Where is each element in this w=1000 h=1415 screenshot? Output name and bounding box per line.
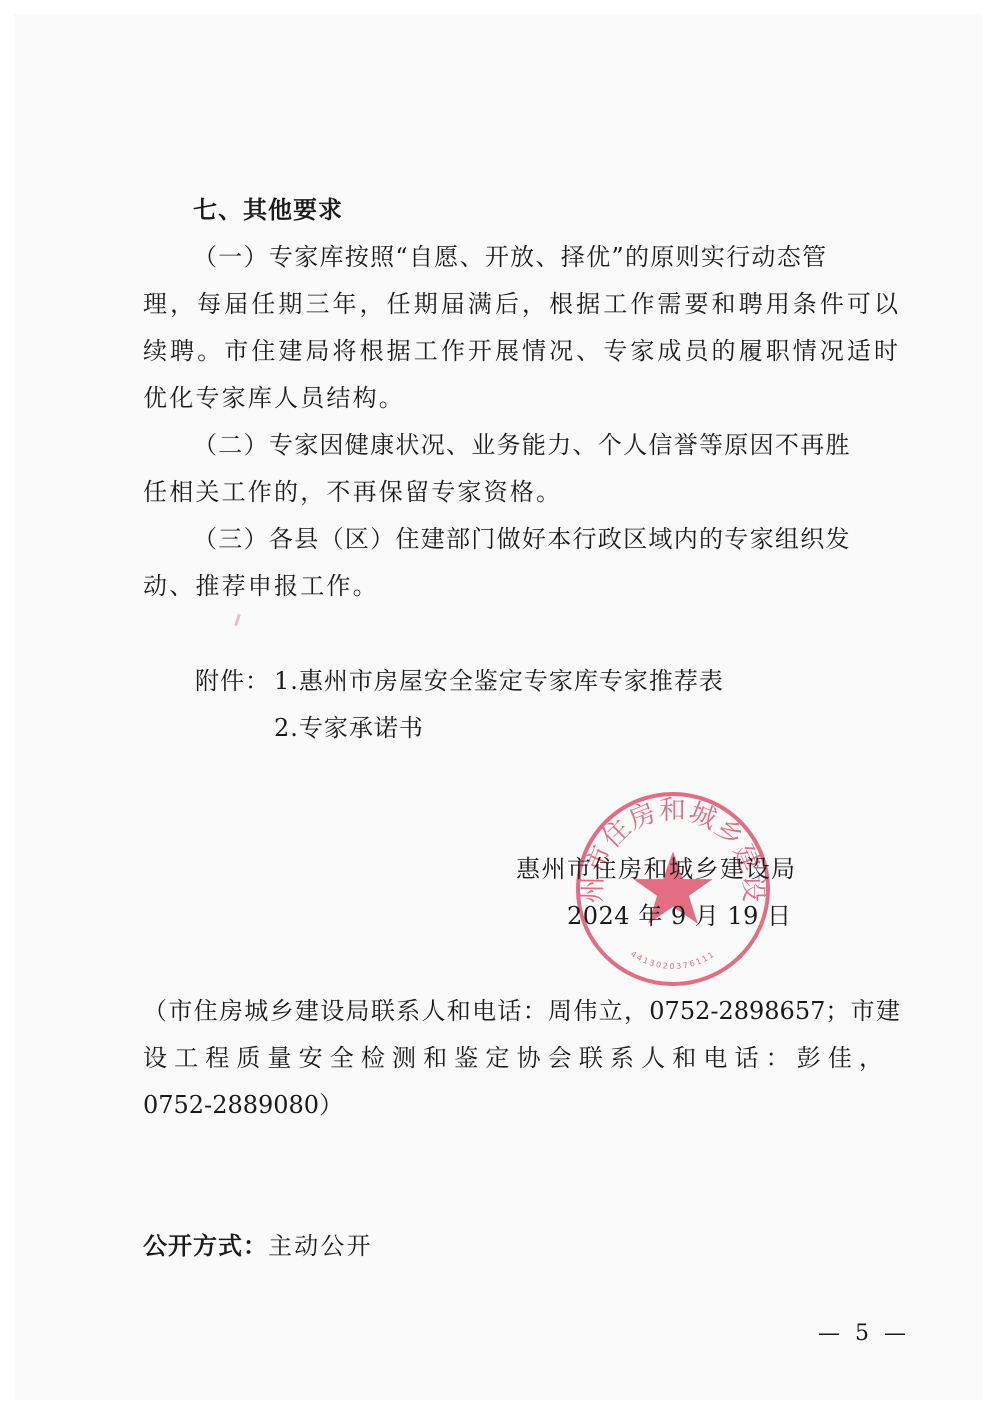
section-heading: 七、其他要求: [193, 195, 343, 225]
item-1-line-3: 续聘。市住建局将根据工作开展情况、专家成员的履职情况适时: [143, 336, 898, 366]
disclosure-value: 主动公开: [268, 1232, 373, 1260]
contact-line-1: （市住房城乡建设局联系人和电话：周伟立，0752-2898657；市建: [143, 996, 900, 1026]
attachment-item-1[interactable]: 1.惠州市房屋安全鉴定专家库专家推荐表: [274, 666, 724, 696]
item-1-line-2: 理，每届任期三年，任期届满后，根据工作需要和聘用条件可以: [143, 289, 898, 319]
attachment-item-2-text: 2.专家承诺书: [274, 714, 424, 742]
item-1-line-4: 优化专家库人员结构。: [143, 383, 405, 413]
page-number: — 5 —: [818, 1320, 910, 1348]
item-3-line-2: 动、推荐申报工作。: [143, 571, 379, 601]
item-1-line-1: （一）专家库按照“自愿、开放、择优”的原则实行动态管: [193, 242, 827, 272]
item-2-line-1: （二）专家因健康状况、业务能力、个人信誉等原因不再胜: [193, 430, 851, 460]
item-2-line-2: 任相关工作的，不再保留专家资格。: [143, 477, 562, 507]
attachment-item-2[interactable]: 2.专家承诺书: [274, 713, 424, 743]
issuing-organization: 惠州市住房和城乡建设局: [516, 854, 797, 884]
disclosure-label: 公开方式：: [143, 1232, 268, 1260]
attachment-item-1-text: 1.惠州市房屋安全鉴定专家库专家推荐表: [274, 667, 724, 695]
item-3-line-1: （三）各县（区）住建部门做好本行政区域内的专家组织发: [193, 524, 851, 554]
contact-line-2: 设工程质量安全检测和鉴定协会联系人和电话：彭佳，: [143, 1043, 883, 1073]
issue-date: 2024 年 9 月 19 日: [567, 901, 792, 931]
disclosure-row: 公开方式：主动公开: [143, 1231, 373, 1261]
contact-line-3: 0752-2889080）: [143, 1090, 343, 1120]
document-page: [14, 14, 982, 1400]
attachments-label: 附件：: [195, 666, 270, 696]
